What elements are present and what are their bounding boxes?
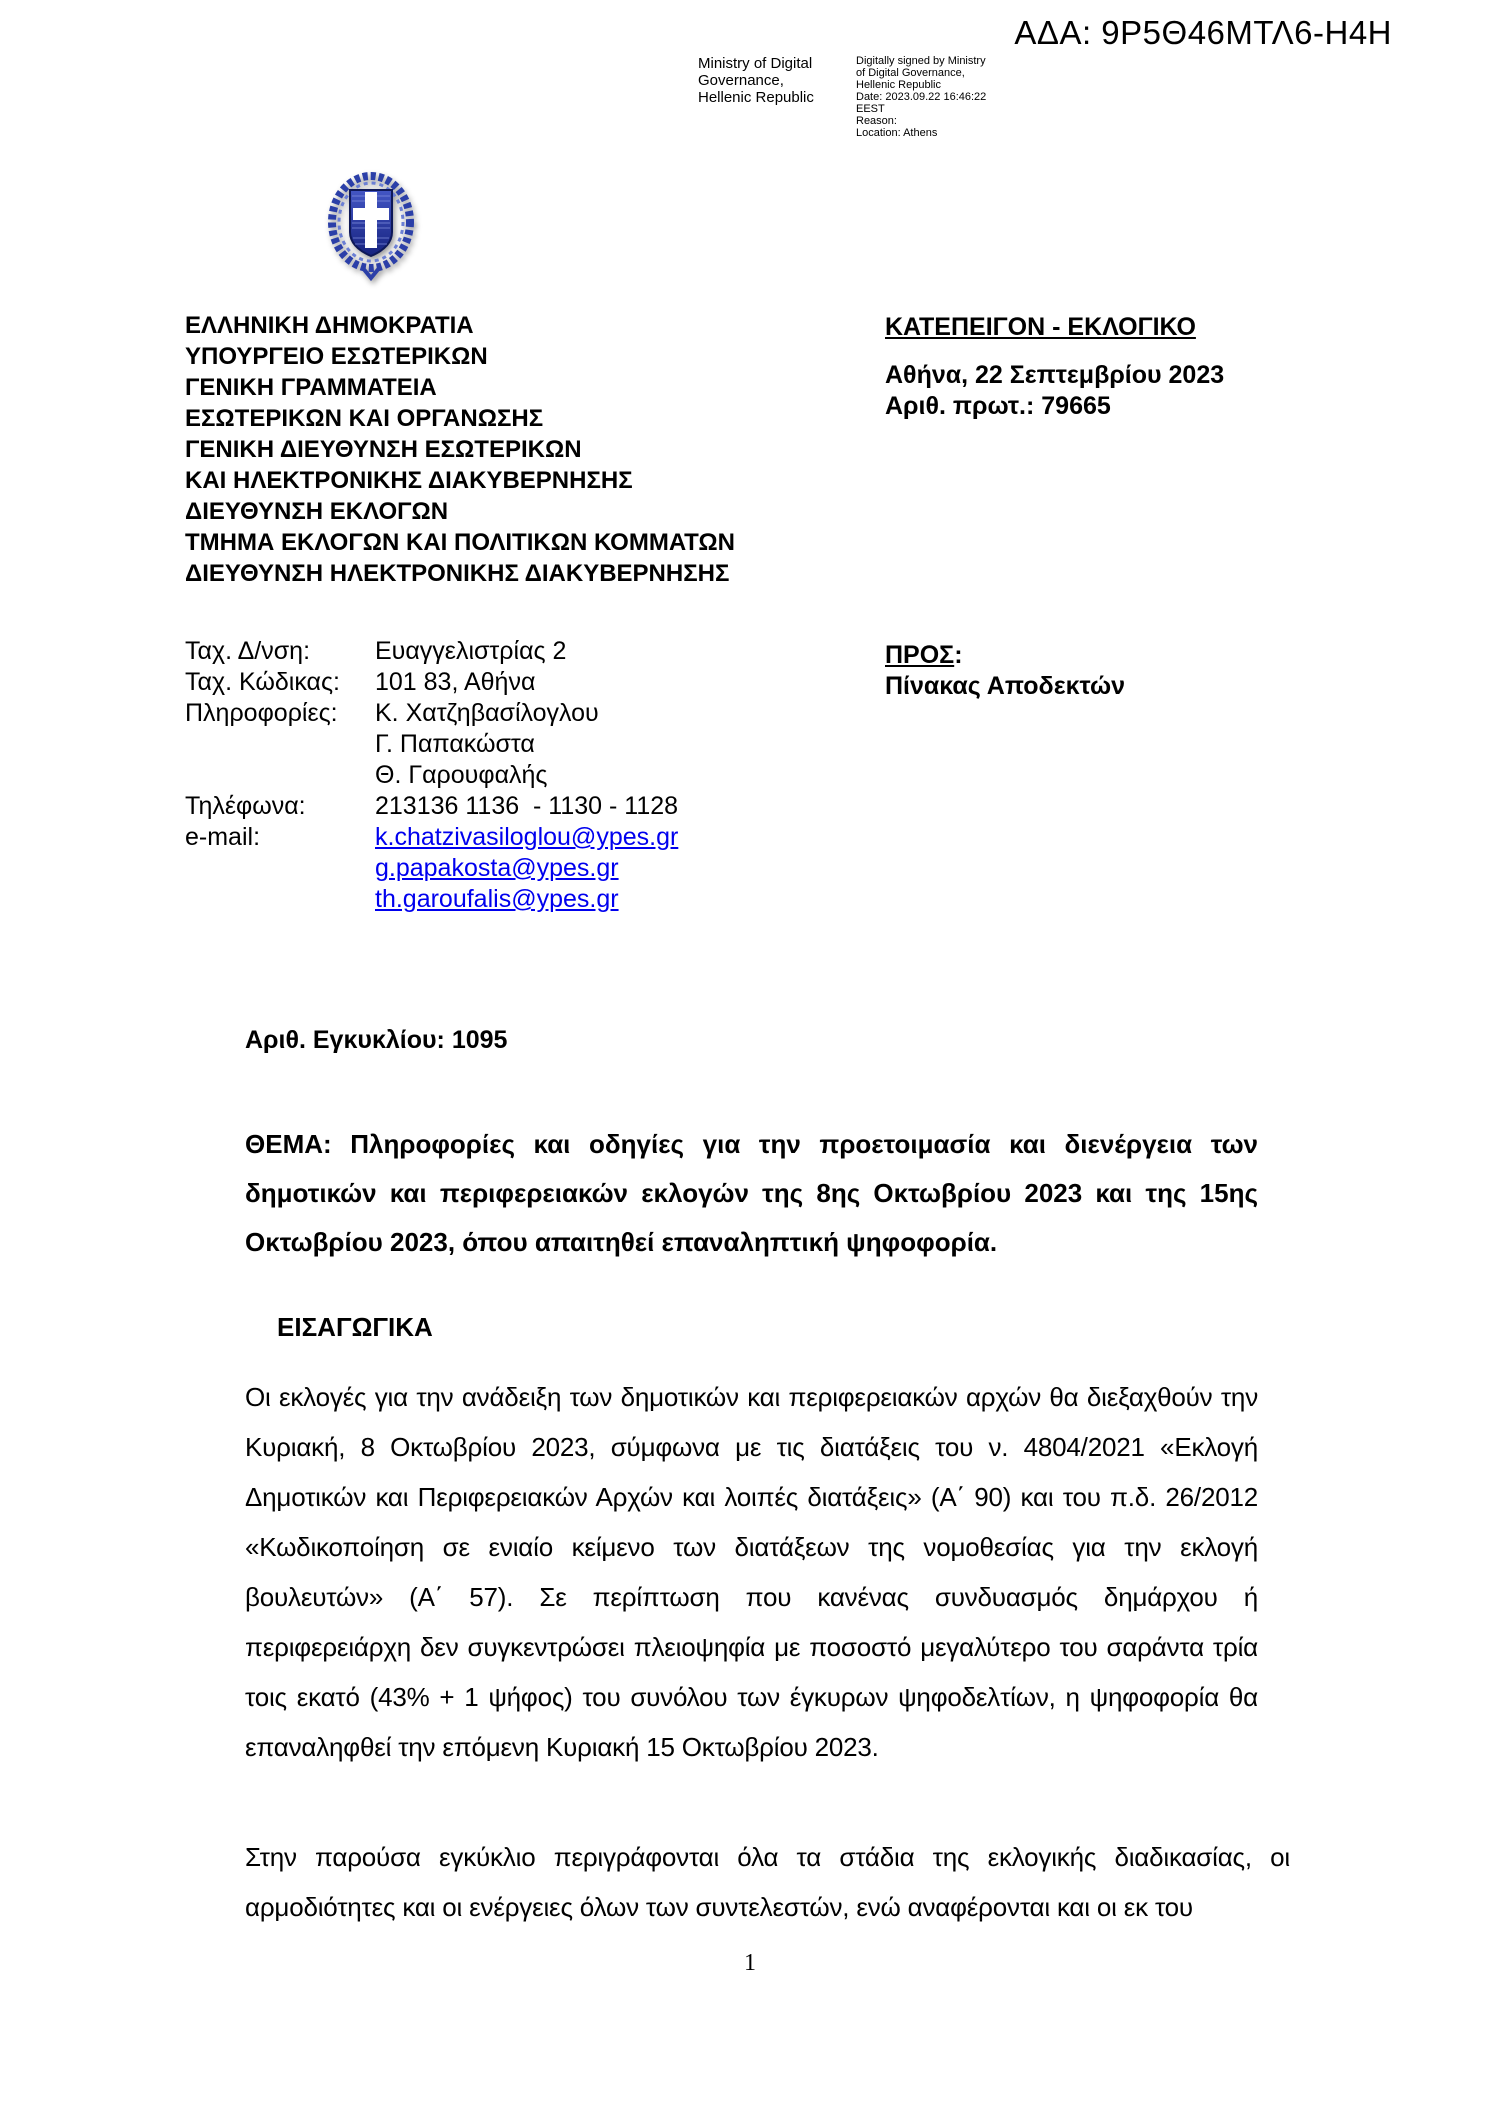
- date-line: Αθήνα, 22 Σεπτεμβρίου 2023: [885, 360, 1224, 391]
- document-page: ΑΔΑ: 9Ρ5Θ46ΜΤΛ6-Η4Η Ministry of Digital …: [0, 0, 1500, 2121]
- contact-label: e-mail:: [185, 822, 375, 853]
- subject-paragraph: ΘΕΜΑ: Πληροφορίες και οδηγίες για την πρ…: [245, 1120, 1258, 1267]
- contact-label: [185, 760, 375, 791]
- email-link[interactable]: th.garoufalis@ypes.gr: [375, 885, 619, 913]
- protocol-number: Αριθ. πρωτ.: 79665: [885, 391, 1224, 422]
- agency-line: ΓΕΝΙΚΗ ΓΡΑΜΜΑΤΕΙΑ: [185, 372, 735, 403]
- agency-line: ΔΙΕΥΘΥΝΣΗ ΗΛΕΚΤΡΟΝΙΚΗΣ ΔΙΑΚΥΒΕΡΝΗΣΗΣ: [185, 558, 735, 589]
- agency-header: ΕΛΛΗΝΙΚΗ ΔΗΜΟΚΡΑΤΙΑ ΥΠΟΥΡΓΕΙΟ ΕΣΩΤΕΡΙΚΩΝ…: [185, 310, 735, 589]
- ada-code: ΑΔΑ: 9Ρ5Θ46ΜΤΛ6-Η4Η: [0, 14, 1392, 52]
- signature-detail-line: of Digital Governance,: [856, 67, 986, 79]
- signer-line: Ministry of Digital: [698, 55, 814, 72]
- contact-label: Ταχ. Κώδικας:: [185, 667, 375, 698]
- signature-detail-line: Hellenic Republic: [856, 79, 986, 91]
- recipient-value: Πίνακας Αποδεκτών: [885, 671, 1125, 702]
- digital-signature-details: Digitally signed by Ministry of Digital …: [856, 55, 986, 139]
- contact-block: Ταχ. Δ/νση: Ευαγγελιστρίας 2 Ταχ. Κώδικα…: [185, 636, 678, 915]
- contact-row: Θ. Γαρουφαλής: [185, 760, 678, 791]
- contact-label: Ταχ. Δ/νση:: [185, 636, 375, 667]
- agency-line: ΥΠΟΥΡΓΕΙΟ ΕΣΩΤΕΡΙΚΩΝ: [185, 341, 735, 372]
- contact-row: Ταχ. Δ/νση: Ευαγγελιστρίας 2: [185, 636, 678, 667]
- agency-line: ΔΙΕΥΘΥΝΣΗ ΕΚΛΟΓΩΝ: [185, 496, 735, 527]
- contact-row: Ταχ. Κώδικας: 101 83, Αθήνα: [185, 667, 678, 698]
- section-heading: ΕΙΣΑΓΩΓΙΚΑ: [277, 1312, 433, 1343]
- hellenic-republic-emblem-icon: [326, 168, 416, 297]
- contact-row: Γ. Παπακώστα: [185, 729, 678, 760]
- signature-detail-line: Date: 2023.09.22 16:46:22: [856, 91, 986, 103]
- signature-detail-line: Location: Athens: [856, 127, 986, 139]
- recipient-label-text: ΠΡΟΣ: [885, 641, 954, 669]
- contact-row: Τηλέφωνα: 213136 1136 - 1130 - 1128: [185, 791, 678, 822]
- contact-label: [185, 729, 375, 760]
- contact-value: Κ. Χατζηβασίλογλου: [375, 698, 599, 729]
- contact-row: e-mail: k.chatzivasiloglou@ypes.gr: [185, 822, 678, 853]
- page-number: 1: [0, 1950, 1500, 1977]
- body-paragraph: Οι εκλογές για την ανάδειξη των δημοτικώ…: [245, 1372, 1258, 1772]
- email-link[interactable]: k.chatzivasiloglou@ypes.gr: [375, 823, 678, 851]
- contact-row: Πληροφορίες: Κ. Χατζηβασίλογλου: [185, 698, 678, 729]
- signature-detail-line: Reason:: [856, 115, 986, 127]
- urgency-label: ΚΑΤΕΠΕΙΓΟΝ - ΕΚΛΟΓΙΚΟ: [885, 312, 1224, 343]
- agency-line: ΓΕΝΙΚΗ ΔΙΕΥΘΥΝΣΗ ΕΣΩΤΕΡΙΚΩΝ: [185, 434, 735, 465]
- contact-row: th.garoufalis@ypes.gr: [185, 884, 678, 915]
- contact-value: Γ. Παπακώστα: [375, 729, 535, 760]
- signature-detail-line: EEST: [856, 103, 986, 115]
- contact-row: g.papakosta@ypes.gr: [185, 853, 678, 884]
- recipient-label: ΠΡΟΣ:: [885, 640, 1125, 671]
- contact-label: [185, 884, 375, 915]
- signer-line: Governance,: [698, 72, 814, 89]
- signature-detail-line: Digitally signed by Ministry: [856, 55, 986, 67]
- header-right-column: ΚΑΤΕΠΕΙΓΟΝ - ΕΚΛΟΓΙΚΟ Αθήνα, 22 Σεπτεμβρ…: [885, 312, 1224, 422]
- body-paragraph: Στην παρούσα εγκύκλιο περιγράφονται όλα …: [245, 1832, 1290, 1932]
- recipient-label-colon: :: [954, 641, 962, 669]
- agency-line: ΚΑΙ ΗΛΕΚΤΡΟΝΙΚΗΣ ΔΙΑΚΥΒΕΡΝΗΣΗΣ: [185, 465, 735, 496]
- agency-line: ΕΛΛΗΝΙΚΗ ΔΗΜΟΚΡΑΤΙΑ: [185, 310, 735, 341]
- email-link[interactable]: g.papakosta@ypes.gr: [375, 854, 619, 882]
- circular-number: Αριθ. Εγκυκλίου: 1095: [245, 1026, 507, 1055]
- contact-label: [185, 853, 375, 884]
- agency-line: ΕΣΩΤΕΡΙΚΩΝ ΚΑΙ ΟΡΓΑΝΩΣΗΣ: [185, 403, 735, 434]
- recipient-block: ΠΡΟΣ: Πίνακας Αποδεκτών: [885, 640, 1125, 702]
- contact-label: Πληροφορίες:: [185, 698, 375, 729]
- contact-value: Θ. Γαρουφαλής: [375, 760, 547, 791]
- contact-value: Ευαγγελιστρίας 2: [375, 636, 566, 667]
- digital-signature-signer: Ministry of Digital Governance, Hellenic…: [698, 55, 814, 106]
- signer-line: Hellenic Republic: [698, 89, 814, 106]
- agency-line: ΤΜΗΜΑ ΕΚΛΟΓΩΝ ΚΑΙ ΠΟΛΙΤΙΚΩΝ ΚΟΜΜΑΤΩΝ: [185, 527, 735, 558]
- contact-value: 101 83, Αθήνα: [375, 667, 535, 698]
- contact-label: Τηλέφωνα:: [185, 791, 375, 822]
- contact-value: 213136 1136 - 1130 - 1128: [375, 791, 678, 822]
